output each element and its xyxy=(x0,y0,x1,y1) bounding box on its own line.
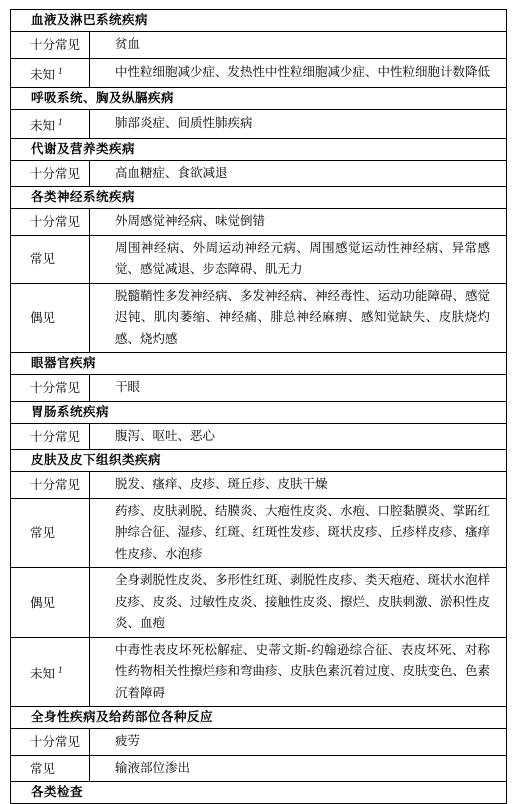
section-header-row: 代谢及营养类疾病 xyxy=(11,138,507,160)
footnote-marker: 1 xyxy=(58,117,63,127)
reactions-cell: 外周感觉神经病、味觉倒错 xyxy=(90,209,507,236)
reaction-row: 十分常见脱发、瘙痒、皮疹、斑丘疹、皮肤干燥 xyxy=(11,472,507,499)
frequency-cell: 未知1 xyxy=(11,109,90,138)
reactions-cell: 腹泻、呕吐、恶心 xyxy=(90,423,507,450)
reactions-cell: 脱发、瘙痒、皮疹、斑丘疹、皮肤干燥 xyxy=(90,472,507,499)
section-header-cell: 呼吸系统、胸及纵膈疾病 xyxy=(11,87,507,109)
reactions-cell: 高血糖症、食欲减退 xyxy=(90,160,507,187)
frequency-cell: 十分常见 xyxy=(11,729,90,750)
footnote-marker: 1 xyxy=(58,665,63,675)
frequency-label: 十分常见 xyxy=(30,215,80,229)
section-header-cell: 眼器官疾病 xyxy=(11,353,507,375)
reaction-row: 十分常见疲劳 xyxy=(11,729,507,750)
section-header-row: 胃肠系统疾病 xyxy=(11,401,507,423)
section-header-row: 全身性疾病及给药部位各种反应 xyxy=(11,707,507,729)
reaction-row: 偶见脱髓鞘性多发神经病、多发神经病、神经毒性、运动功能障碍、感觉迟钝、肌肉萎缩、… xyxy=(11,283,507,353)
reaction-row: 未知1中性粒细胞减少症、发热性中性粒细胞减少症、中性粒细胞计数降低 xyxy=(11,58,507,87)
frequency-label: 十分常见 xyxy=(30,381,80,395)
frequency-label: 常见 xyxy=(30,252,55,266)
reactions-cell: 疲劳 xyxy=(90,729,507,750)
section-header-cell: 各类神经系统疾病 xyxy=(11,187,507,209)
section-header-cell: 皮肤及皮下组织类疾病 xyxy=(11,450,507,472)
reaction-row: 十分常见贫血 xyxy=(11,32,507,59)
frequency-label: 十分常见 xyxy=(30,167,80,181)
frequency-cell: 常见 xyxy=(11,235,90,283)
reactions-cell: 中性粒细胞减少症、发热性中性粒细胞减少症、中性粒细胞计数降低 xyxy=(90,58,507,87)
section-header-row: 眼器官疾病 xyxy=(11,353,507,375)
footnote-marker: 1 xyxy=(58,66,63,76)
reactions-cell: 周围神经病、外周运动神经元病、周围感觉运动性神经病、异常感觉、感觉减退、步态障碍… xyxy=(90,235,507,283)
reaction-row: 十分常见腹泻、呕吐、恶心 xyxy=(11,423,507,450)
frequency-cell: 偶见 xyxy=(11,283,90,353)
reaction-row: 十分常见干眼 xyxy=(11,375,507,402)
frequency-label: 偶见 xyxy=(30,596,55,610)
frequency-label: 未知 xyxy=(30,667,55,681)
reactions-cell: 肺部炎症、间质性肺疾病 xyxy=(90,109,507,138)
reaction-row: 十分常见高血糖症、食欲减退 xyxy=(11,160,507,187)
frequency-cell: 未知1 xyxy=(11,58,90,87)
frequency-label: 偶见 xyxy=(30,311,55,325)
frequency-label: 十分常见 xyxy=(30,38,80,52)
frequency-cell: 常见 xyxy=(11,498,90,568)
reaction-row: 偶见全身剥脱性皮炎、多形性红斑、剥脱性皮疹、类天疱疮、斑状水泡样皮疹、皮炎、过敏… xyxy=(11,568,507,638)
frequency-cell: 十分常见 xyxy=(11,423,90,450)
frequency-cell: 未知1 xyxy=(11,637,90,707)
reactions-cell: 药疹、皮肤剥脱、结膜炎、大疱性皮炎、水疱、口腔黏膜炎、掌跖红肿综合征、湿疹、红斑… xyxy=(90,498,507,568)
reactions-cell: 全身剥脱性皮炎、多形性红斑、剥脱性皮疹、类天疱疮、斑状水泡样皮疹、皮炎、过敏性皮… xyxy=(90,568,507,638)
section-header-cell: 血液及淋巴系统疾病 xyxy=(11,10,507,32)
frequency-cell: 十分常见 xyxy=(11,472,90,499)
frequency-label: 常见 xyxy=(30,526,55,540)
adverse-reactions-table-body: 血液及淋巴系统疾病十分常见贫血未知1中性粒细胞减少症、发热性中性粒细胞减少症、中… xyxy=(11,10,507,751)
adverse-reactions-table: 血液及淋巴系统疾病十分常见贫血未知1中性粒细胞减少症、发热性中性粒细胞减少症、中… xyxy=(10,9,507,750)
section-header-cell: 全身性疾病及给药部位各种反应 xyxy=(11,707,507,729)
reaction-row: 未知1中毒性表皮坏死松解症、史蒂文斯-约翰逊综合征、表皮坏死、对称性药物相关性擦… xyxy=(11,637,507,707)
reaction-row: 未知1肺部炎症、间质性肺疾病 xyxy=(11,109,507,138)
frequency-label: 十分常见 xyxy=(30,478,80,492)
section-header-row: 呼吸系统、胸及纵膈疾病 xyxy=(11,87,507,109)
section-header-cell: 胃肠系统疾病 xyxy=(11,401,507,423)
frequency-label: 十分常见 xyxy=(30,430,80,444)
frequency-label: 未知 xyxy=(30,119,55,133)
frequency-cell: 十分常见 xyxy=(11,375,90,402)
frequency-cell: 十分常见 xyxy=(11,32,90,59)
frequency-label: 未知 xyxy=(30,68,55,82)
document-page: 血液及淋巴系统疾病十分常见贫血未知1中性粒细胞减少症、发热性中性粒细胞减少症、中… xyxy=(10,9,507,750)
section-header-row: 皮肤及皮下组织类疾病 xyxy=(11,450,507,472)
reaction-row: 十分常见外周感觉神经病、味觉倒错 xyxy=(11,209,507,236)
section-header-row: 血液及淋巴系统疾病 xyxy=(11,10,507,32)
section-header-cell: 代谢及营养类疾病 xyxy=(11,138,507,160)
section-header-row: 各类神经系统疾病 xyxy=(11,187,507,209)
reaction-row: 常见周围神经病、外周运动神经元病、周围感觉运动性神经病、异常感觉、感觉减退、步态… xyxy=(11,235,507,283)
frequency-cell: 十分常见 xyxy=(11,160,90,187)
frequency-label: 十分常见 xyxy=(30,735,80,749)
reactions-cell: 贫血 xyxy=(90,32,507,59)
reaction-row: 常见药疹、皮肤剥脱、结膜炎、大疱性皮炎、水疱、口腔黏膜炎、掌跖红肿综合征、湿疹、… xyxy=(11,498,507,568)
frequency-cell: 十分常见 xyxy=(11,209,90,236)
reactions-cell: 干眼 xyxy=(90,375,507,402)
frequency-cell: 偶见 xyxy=(11,568,90,638)
reactions-cell: 中毒性表皮坏死松解症、史蒂文斯-约翰逊综合征、表皮坏死、对称性药物相关性擦烂疹和… xyxy=(90,637,507,707)
reactions-cell: 脱髓鞘性多发神经病、多发神经病、神经毒性、运动功能障碍、感觉迟钝、肌肉萎缩、神经… xyxy=(90,283,507,353)
